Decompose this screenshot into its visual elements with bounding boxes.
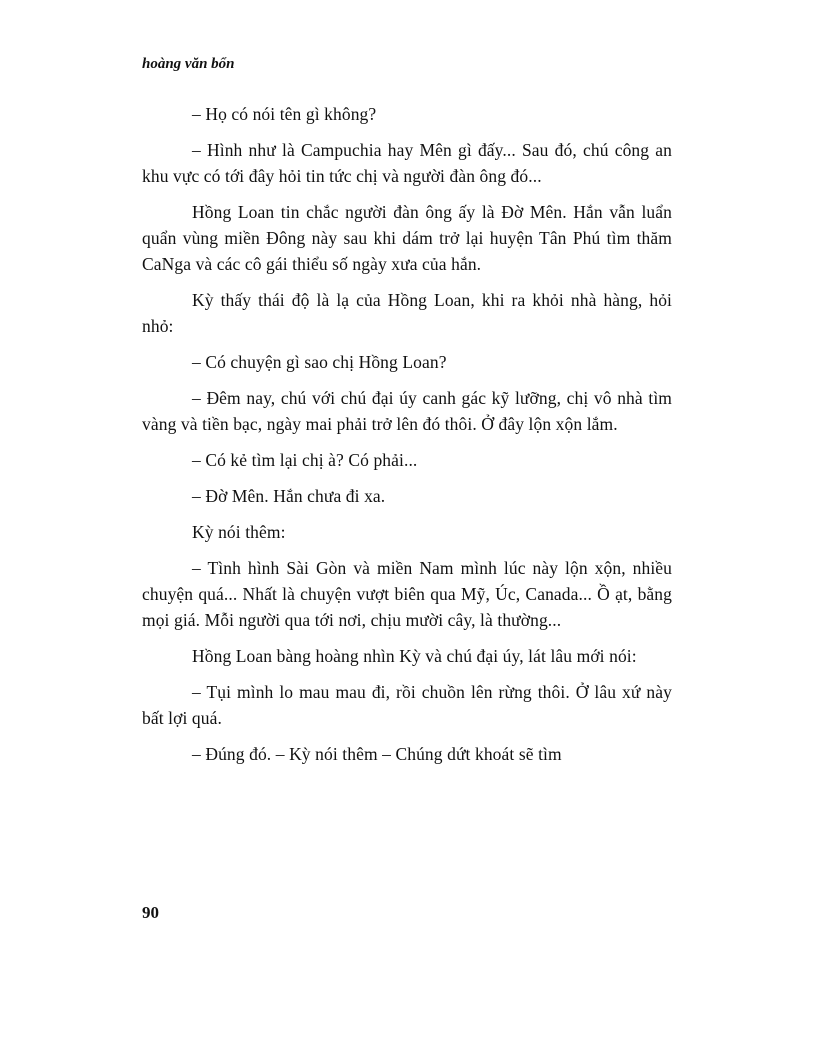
paragraph: Hồng Loan bàng hoàng nhìn Kỳ và chú đại … bbox=[142, 643, 672, 669]
paragraph: Kỳ thấy thái độ là lạ của Hồng Loan, khi… bbox=[142, 287, 672, 339]
running-head: hoàng văn bổn bbox=[142, 56, 235, 73]
paragraph: – Đờ Mên. Hắn chưa đi xa. bbox=[142, 483, 672, 509]
body-text: – Họ có nói tên gì không? – Hình như là … bbox=[142, 101, 672, 777]
paragraph: – Đêm nay, chú với chú đại úy canh gác k… bbox=[142, 385, 672, 437]
paragraph: Hồng Loan tin chắc người đàn ông ấy là Đ… bbox=[142, 199, 672, 277]
paragraph: Kỳ nói thêm: bbox=[142, 519, 672, 545]
paragraph: – Có chuyện gì sao chị Hồng Loan? bbox=[142, 349, 672, 375]
paragraph: – Đúng đó. – Kỳ nói thêm – Chúng dứt kho… bbox=[142, 741, 672, 767]
paragraph: – Tình hình Sài Gòn và miền Nam mình lúc… bbox=[142, 555, 672, 633]
paragraph: – Có kẻ tìm lại chị à? Có phải... bbox=[142, 447, 672, 473]
paragraph: – Hình như là Campuchia hay Mên gì đấy..… bbox=[142, 137, 672, 189]
page-number: 90 bbox=[142, 903, 159, 923]
paragraph: – Tụi mình lo mau mau đi, rồi chuồn lên … bbox=[142, 679, 672, 731]
paragraph: – Họ có nói tên gì không? bbox=[142, 101, 672, 127]
